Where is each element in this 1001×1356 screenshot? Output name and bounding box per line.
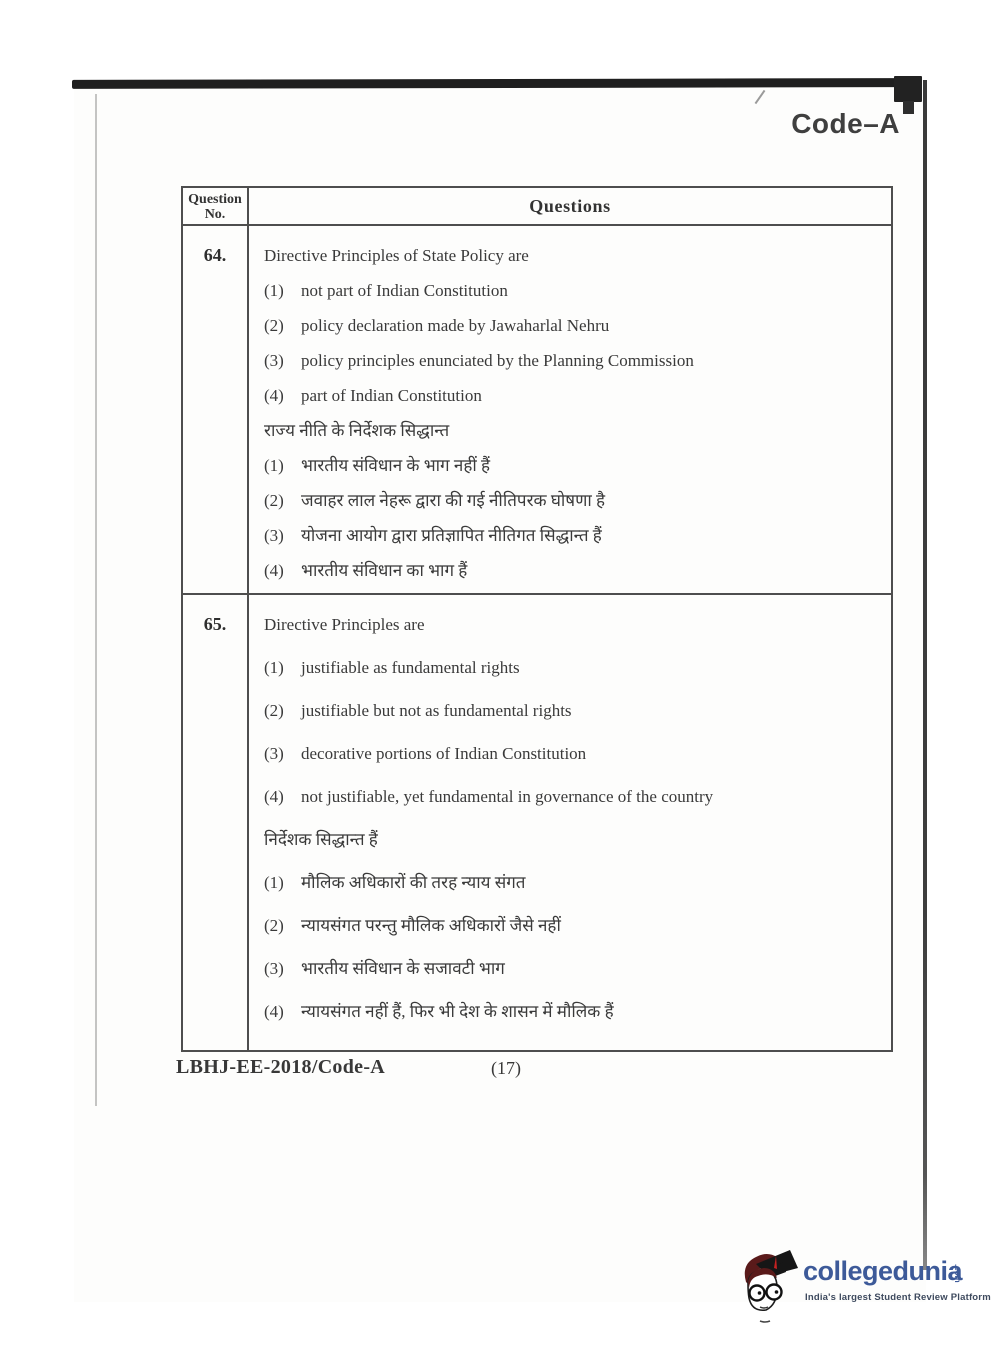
scan-left-edge-line — [95, 94, 97, 1106]
option-text: योजना आयोग द्वारा प्रतिज्ञापित नीतिगत सि… — [301, 525, 602, 547]
option-label: (3) — [264, 525, 301, 547]
option-label: (4) — [264, 1001, 301, 1023]
paper-code-label: Code–A — [690, 108, 900, 140]
scanned-exam-page: Code–A Question No. Questions 64. Direct… — [0, 0, 1001, 1356]
question-65-option-en-2: (2) justifiable but not as fundamental r… — [264, 700, 879, 722]
option-label: (1) — [264, 872, 301, 894]
option-label: (1) — [264, 455, 301, 477]
question-64-content: Directive Principles of State Policy are… — [249, 226, 891, 593]
option-text: भारतीय संविधान का भाग हैं — [301, 560, 467, 582]
option-label: (1) — [264, 280, 301, 302]
question-64-option-hi-2: (2) जवाहर लाल नेहरू द्वारा की गई नीतिपरक… — [264, 490, 879, 512]
option-text: policy principles enunciated by the Plan… — [301, 350, 694, 372]
question-65-stem-en: Directive Principles are — [264, 614, 879, 636]
question-65-option-en-1: (1) justifiable as fundamental rights — [264, 657, 879, 679]
collegedunia-logo-text: collegedunia — [803, 1256, 962, 1287]
option-text: भारतीय संविधान के सजावटी भाग — [301, 958, 505, 980]
question-64-option-hi-1: (1) भारतीय संविधान के भाग नहीं हैं — [264, 455, 879, 477]
question-64-stem-hi: राज्य नीति के निर्देशक सिद्धान्त — [264, 420, 879, 442]
exam-code-footer: LBHJ-EE-2018/Code-A — [176, 1056, 385, 1079]
option-text: justifiable but not as fundamental right… — [301, 700, 572, 722]
column-header-question-no: Question No. — [183, 188, 249, 226]
option-text: part of Indian Constitution — [301, 385, 482, 407]
option-label: (1) — [264, 657, 301, 679]
column-header-questions: Questions — [249, 188, 891, 226]
option-label: (3) — [264, 958, 301, 980]
collegedunia-logo-suffix: .com — [953, 1264, 962, 1283]
question-65-option-hi-2: (2) न्यायसंगत परन्तु मौलिक अधिकारों जैसे… — [264, 915, 879, 937]
scan-right-edge-line — [923, 80, 927, 1270]
option-text: not part of Indian Constitution — [301, 280, 508, 302]
option-text: न्यायसंगत नहीं हैं, फिर भी देश के शासन म… — [301, 1001, 614, 1023]
scan-corner-mark-tail — [903, 101, 914, 114]
question-65-option-en-4: (4) not justifiable, yet fundamental in … — [264, 786, 879, 808]
question-64-stem-en: Directive Principles of State Policy are — [264, 245, 879, 267]
collegedunia-mascot-icon — [740, 1248, 800, 1326]
option-label: (2) — [264, 700, 301, 722]
question-65-content: Directive Principles are (1) justifiable… — [249, 593, 891, 1050]
question-65-option-en-3: (3) decorative portions of Indian Consti… — [264, 743, 879, 765]
column-header-question-no-line1: Question — [183, 192, 247, 207]
question-64-option-hi-4: (4) भारतीय संविधान का भाग हैं — [264, 560, 879, 582]
option-text: न्यायसंगत परन्तु मौलिक अधिकारों जैसे नही… — [301, 915, 561, 937]
column-header-question-no-line2: No. — [183, 207, 247, 222]
option-text: not justifiable, yet fundamental in gove… — [301, 786, 713, 808]
question-65-stem-hi: निर्देशक सिद्धान्त हैं — [264, 829, 879, 851]
questions-table: Question No. Questions 64. Directive Pri… — [181, 186, 893, 1052]
question-64-option-en-3: (3) policy principles enunciated by the … — [264, 350, 879, 372]
scan-corner-mark — [894, 76, 922, 102]
option-text: मौलिक अधिकारों की तरह न्याय संगत — [301, 872, 526, 894]
option-text: जवाहर लाल नेहरू द्वारा की गई नीतिपरक घोष… — [301, 490, 605, 512]
option-text: policy declaration made by Jawaharlal Ne… — [301, 315, 609, 337]
question-64-number: 64. — [183, 226, 249, 593]
option-label: (2) — [264, 490, 301, 512]
option-label: (4) — [264, 786, 301, 808]
page-number: (17) — [466, 1058, 546, 1079]
question-65-option-hi-4: (4) न्यायसंगत नहीं हैं, फिर भी देश के शा… — [264, 1001, 879, 1023]
option-text: decorative portions of Indian Constituti… — [301, 743, 586, 765]
option-label: (4) — [264, 385, 301, 407]
option-label: (3) — [264, 350, 301, 372]
question-65-number: 65. — [183, 593, 249, 1050]
option-text: भारतीय संविधान के भाग नहीं हैं — [301, 455, 490, 477]
question-64-option-hi-3: (3) योजना आयोग द्वारा प्रतिज्ञापित नीतिग… — [264, 525, 879, 547]
question-64-option-en-4: (4) part of Indian Constitution — [264, 385, 879, 407]
option-text: justifiable as fundamental rights — [301, 657, 520, 679]
question-65-option-hi-3: (3) भारतीय संविधान के सजावटी भाग — [264, 958, 879, 980]
option-label: (4) — [264, 560, 301, 582]
question-65-option-hi-1: (1) मौलिक अधिकारों की तरह न्याय संगत — [264, 872, 879, 894]
option-label: (2) — [264, 315, 301, 337]
question-64-option-en-2: (2) policy declaration made by Jawaharla… — [264, 315, 879, 337]
collegedunia-watermark: collegedunia .com India's largest Studen… — [740, 1246, 990, 1336]
option-label: (3) — [264, 743, 301, 765]
collegedunia-tagline: India's largest Student Review Platform — [805, 1292, 985, 1303]
scan-top-edge-bar — [72, 78, 906, 89]
question-64-option-en-1: (1) not part of Indian Constitution — [264, 280, 879, 302]
option-label: (2) — [264, 915, 301, 937]
